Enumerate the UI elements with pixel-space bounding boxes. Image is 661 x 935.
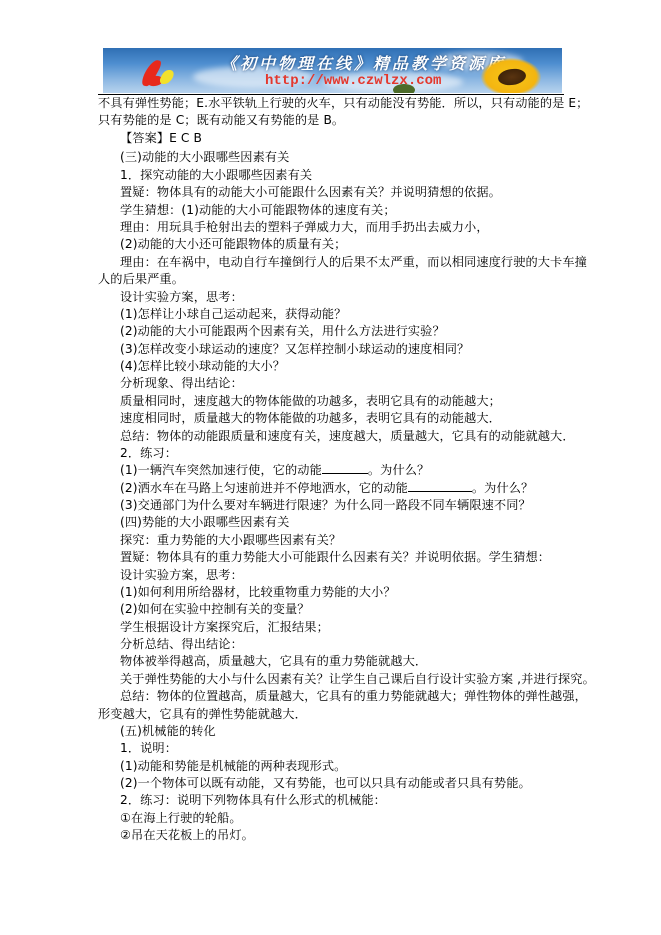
paragraph-line: (2)动能的大小还可能跟物体的质量有关； (120, 236, 346, 252)
sunflower-icon (481, 58, 541, 93)
question-line: (1)如何利用所给器材，比较重物重力势能的大小？ (120, 584, 396, 600)
exercise-line: ①在海上行驶的轮船。 (120, 810, 242, 826)
subsection-heading: 2．练习： (120, 445, 177, 461)
conclusion-line: 物体被举得越高，质量越大，它具有的重力势能就越大． (120, 653, 427, 669)
section-heading: (四)势能的大小跟哪些因素有关 (120, 514, 289, 530)
exercise-text: 。为什么？ (472, 481, 533, 495)
exercise-line: (3)交通部门为什么要对车辆进行限速？为什么同一路段不同车辆限速不同？ (120, 497, 531, 513)
subsection-heading: 2．练习：说明下列物体具有什么形式的机械能： (120, 792, 386, 808)
summary-line: 总结：物体的位置越高，质量越大，它具有的重力势能就越大；弹性物体的弹性越强， (120, 688, 587, 704)
answer-line: 【答案】E C B (120, 130, 202, 146)
summary-line: 形变越大，它具有的弹性势能就越大． (98, 706, 307, 722)
paragraph-line: 分析现象、得出结论： (120, 375, 243, 391)
paragraph-line: (2)一个物体可以既有动能，又有势能，也可以只具有动能或者只具有势能。 (120, 775, 531, 791)
exercise-text: (1)一辆汽车突然加速行使，它的动能 (120, 463, 322, 477)
question-line: (1)怎样让小球自己运动起来，获得动能？ (120, 306, 346, 322)
paragraph-line: 置疑：物体具有的动能大小可能跟什么因素有关？并说明猜想的依据。 (120, 184, 501, 200)
exercise-line: (1)一辆汽车突然加速行使，它的动能。为什么？ (120, 462, 429, 478)
question-line: (3)怎样改变小球运动的速度？又怎样控制小球运动的速度相同？ (120, 341, 469, 357)
paragraph-line: 关于弹性势能的大小与什么因素有关？让学生自己课后自行设计实验方案 ,并进行探究。 (120, 671, 595, 687)
leaf-icon (393, 84, 415, 93)
paragraph-line: 质量相同时，速度越大的物体能做的功越多，表明它具有的动能越大； (120, 393, 501, 409)
banner-url: http://www.czwlzx.com (265, 73, 441, 89)
header-banner: 《初中物理在线》精品教学资源库 http://www.czwlzx.com (103, 48, 562, 93)
paragraph-line: 速度相同时，质量越大的物体能做的功越多，表明它具有的动能越大． (120, 410, 501, 426)
answer-blank (322, 462, 368, 474)
paragraph-line: 设计实验方案，思考： (120, 289, 243, 305)
question-line: (2)如何在实验中控制有关的变量？ (120, 601, 310, 617)
question-line: (4)怎样比较小球动能的大小？ (120, 358, 285, 374)
paragraph-line: 学生根据设计方案探究后，汇报结果； (120, 619, 329, 635)
document-page: 《初中物理在线》精品教学资源库 http://www.czwlzx.com 不具… (0, 0, 661, 935)
paragraph-line: (1)动能和势能是机械能的两种表现形式。 (120, 758, 346, 774)
paragraph-line: 学生猜想：(1)动能的大小可能跟物体的速度有关； (120, 202, 396, 218)
paragraph-line: 探究：重力势能的大小跟哪些因素有关？ (120, 532, 341, 548)
question-line: (2)动能的大小可能跟两个因素有关，用什么方法进行实验？ (120, 323, 445, 339)
exercise-line: ②吊在天花板上的吊灯。 (120, 827, 254, 843)
paragraph-line: 人的后果严重。 (98, 271, 184, 287)
paragraph-line: 分析总结、得出结论： (120, 636, 243, 652)
subsection-heading: 1．探究动能的大小跟哪些因素有关 (120, 167, 312, 183)
exercise-line: (2)洒水车在马路上匀速前进并不停地洒水，它的动能。为什么？ (120, 480, 533, 496)
paragraph-line: 设计实验方案，思考： (120, 567, 243, 583)
exercise-text: (2)洒水车在马路上匀速前进并不停地洒水，它的动能 (120, 481, 408, 495)
answer-blank (408, 480, 472, 492)
summary-line: 总结：物体的动能跟质量和速度有关，速度越大，质量越大，它具有的动能就越大． (120, 428, 575, 444)
banner-title: 《初中物理在线》精品教学资源库 (221, 51, 506, 74)
exercise-text: 。为什么？ (368, 463, 429, 477)
paragraph-line: 只有势能的是 C；既有动能又有势能的是 B。 (98, 112, 344, 128)
paragraph-line: 理由：在车祸中，电动自行车撞倒行人的后果不太严重，而以相同速度行驶的大卡车撞 (120, 254, 587, 270)
section-heading: (三)动能的大小跟哪些因素有关 (120, 149, 289, 165)
paragraph-line: 置疑：物体具有的重力势能大小可能跟什么因素有关？并说明依据。学生猜想： (120, 549, 550, 565)
paragraph-line: 不具有弹性势能；E.水平铁轨上行驶的火车，只有动能没有势能．所以，只有动能的是 … (98, 95, 588, 111)
section-heading: (五)机械能的转化 (120, 723, 216, 739)
paragraph-line: 理由：用玩具手枪射出去的塑料子弹威力大，而用手扔出去威力小， (120, 219, 489, 235)
subsection-heading: 1．说明： (120, 740, 177, 756)
